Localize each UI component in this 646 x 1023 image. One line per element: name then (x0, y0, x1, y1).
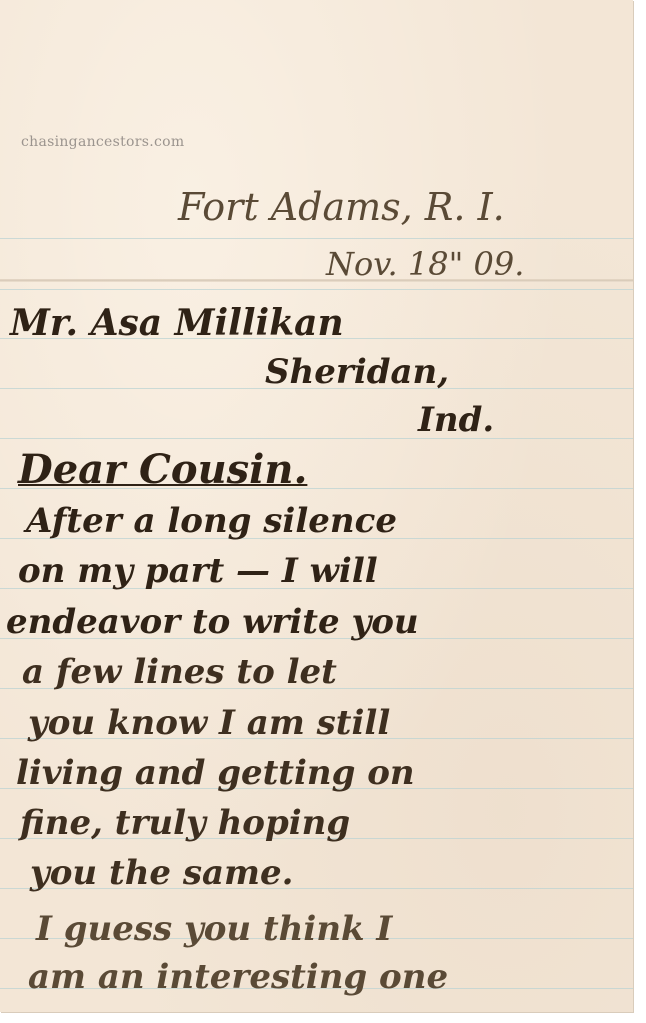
body-line-4: a few lines to let (22, 655, 337, 689)
body-line-9: I guess you think I (36, 912, 392, 946)
recipient-city: Sheridan, (265, 355, 449, 389)
body-line-2: on my part — I will (18, 554, 378, 588)
paper-fold-crease (0, 279, 633, 282)
body-line-7: fine, truly hoping (20, 806, 350, 840)
body-line-6: living and getting on (16, 756, 415, 790)
ruled-line (0, 438, 633, 439)
body-line-8: you the same. (30, 856, 294, 890)
ruled-line (0, 238, 633, 239)
recipient-state: Ind. (418, 403, 494, 437)
body-line-5: you know I am still (28, 706, 390, 740)
body-line-10: am an interesting one (28, 960, 448, 994)
recipient-name: Mr. Asa Millikan (10, 305, 344, 341)
letter-page: chasingancestors.com Fort Adams, R. I. N… (0, 0, 633, 1012)
letter-date: Nov. 18" 09. (326, 248, 524, 280)
body-line-1: After a long silence (26, 504, 397, 538)
watermark: chasingancestors.com (21, 134, 184, 150)
salutation: Dear Cousin. (18, 450, 307, 490)
ruled-line (0, 289, 633, 290)
body-line-3: endeavor to write you (6, 605, 419, 639)
letter-place: Fort Adams, R. I. (178, 188, 505, 226)
